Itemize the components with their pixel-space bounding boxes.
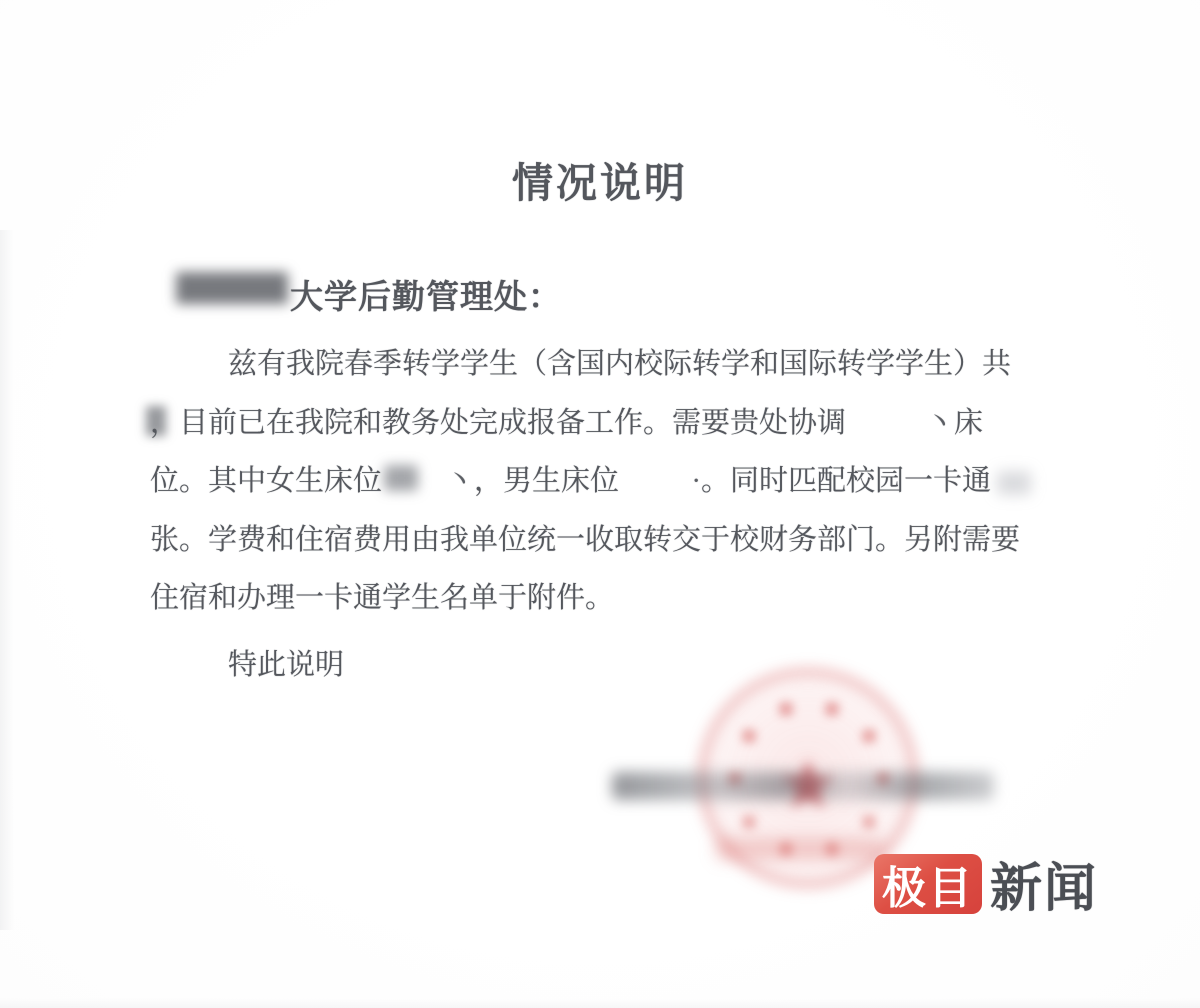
watermark-logo-box: 极目 [874, 854, 982, 914]
body-line-3-text-c: 。同时匹配校园一卡通 [701, 465, 991, 497]
document-title: 情况说明 [0, 150, 1200, 209]
watermark-suffix-text: 新闻 [990, 846, 1098, 921]
body-line-3-text-a: 位。其中女生床位 [150, 465, 382, 497]
body-line-5: 住宿和办理一卡通学生名单于附件。 [150, 578, 614, 618]
body-line-2-text: ，目前已在我院和教务处完成报备工作。需要贵处协调 [150, 407, 846, 439]
body-line-2-end: 床 [954, 407, 983, 439]
body-line-3: 位。其中女生床位丶，男生床位·。同时匹配校园一卡通 [150, 461, 1031, 501]
news-watermark: 极目 新闻 [874, 846, 1098, 921]
scan-edge-shading [0, 998, 1200, 1008]
redacted-bed-total: 丶 [846, 403, 954, 443]
redaction-smudge [384, 465, 418, 491]
redacted-issuer-name-line [612, 772, 994, 800]
body-line-2: ，目前已在我院和教务处完成报备工作。需要贵处协调丶床 [150, 403, 983, 443]
scan-edge-shading [0, 230, 14, 930]
body-line-3-text-b: ，男生床位 [474, 465, 619, 497]
redacted-male-beds: · [619, 461, 701, 501]
body-line-1: 兹有我院春季转学学生（含国内校际转学和国际转学学生）共 [228, 344, 1011, 384]
redacted-female-beds: 丶 [382, 461, 474, 501]
redacted-university-name [176, 272, 288, 304]
body-line-4: 张。学费和住宿费用由我单位统一收取转交于校财务部门。另附需要 [150, 520, 1020, 560]
salutation-line: 大学后勤管理处： [290, 271, 562, 318]
closing-line: 特此说明 [228, 642, 344, 683]
scanned-document-page: 情况说明 大学后勤管理处： 兹有我院春季转学学生（含国内校际转学和国际转学学生）… [0, 0, 1200, 1008]
redacted-seal-date [716, 838, 884, 860]
redacted-card-count [997, 471, 1031, 495]
stray-mark: · [691, 465, 701, 497]
stray-mark: 丶 [445, 465, 474, 497]
stray-mark: 丶 [925, 407, 954, 439]
